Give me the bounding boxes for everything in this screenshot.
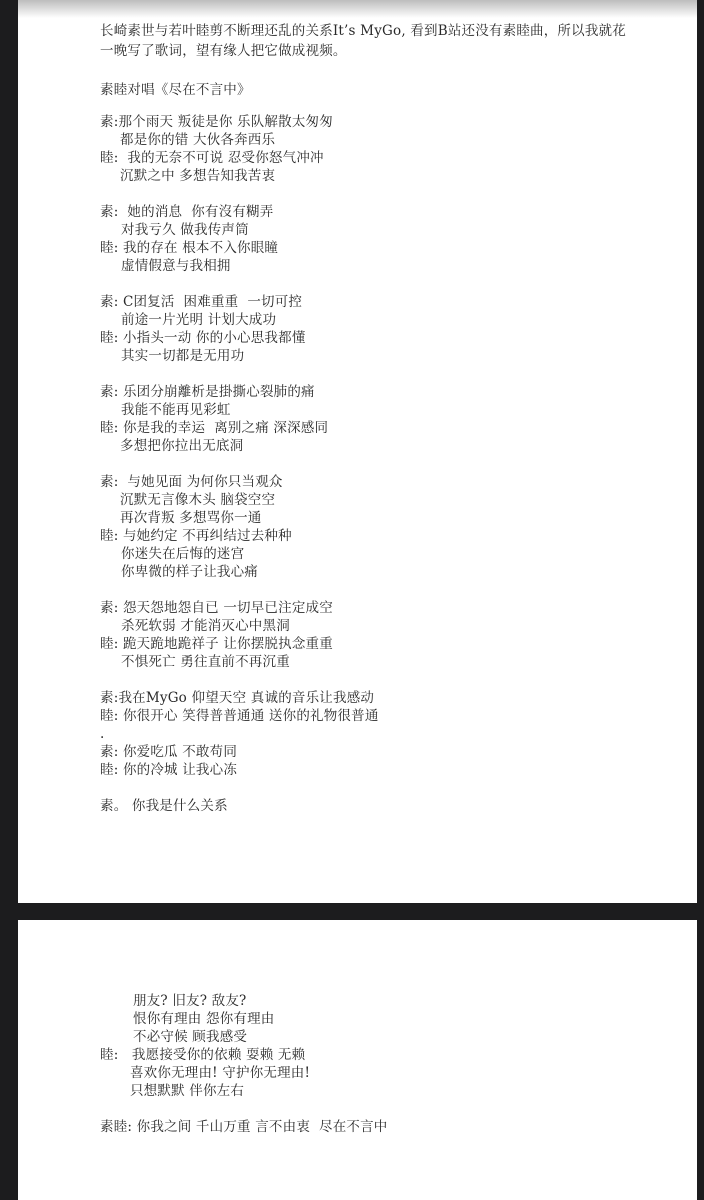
document-page-2: 朋友? 旧友? 敌友?恨你有理由 怨你有理由不必守候 顾我感受睦: 我愿接受你的… (18, 920, 697, 1200)
lyric-line: 睦: 我愿接受你的依赖 耍赖 无赖 (100, 1046, 305, 1064)
lyric-line: 素:我在MyGo 仰望天空 真诚的音乐让我感动 (100, 689, 374, 707)
lyric-line: 你迷失在后悔的迷宫 (121, 545, 244, 563)
lyric-line: 睦: 跪天跪地跪祥子 让你摆脱执念重重 (100, 635, 333, 653)
lyric-line: 朋友? 旧友? 敌友? (133, 992, 247, 1010)
lyric-line: 睦: 你的冷城 让我心冻 (100, 761, 237, 779)
lyric-line: 素: C团复活 困难重重 一切可控 (100, 293, 302, 311)
lyric-line: 你卑微的样子让我心痛 (121, 563, 258, 581)
lyric-line: 其实一切都是无用功 (121, 347, 244, 365)
lyric-line: 素: 怨天怨地怨自已 一切早已注定成空 (100, 599, 333, 617)
lyric-line: 虚情假意与我相拥 (121, 257, 231, 275)
lyric-line: 前途一片光明 计划大成功 (121, 311, 276, 329)
lyric-line: 沉默无言像木头 脑袋空空 (120, 491, 275, 509)
lyric-line: 素: 你爱吃瓜 不敢苟同 (100, 743, 237, 761)
lyric-line: 素:那个雨天 叛徒是你 乐队解散太匆匆 (100, 113, 333, 131)
lyric-line: 素: 她的消息 你有沒有糊弄 (100, 203, 273, 221)
lyric-line: 多想把你拉出无底洞 (120, 437, 243, 455)
lyric-line: 都是你的错 大伙各奔西乐 (120, 131, 275, 149)
lyric-line: 喜欢你无理由! 守护你无理由! (121, 1064, 310, 1082)
document-page-1: 长崎素世与若叶睦剪不断理还乱的关系It’s MyGo, 看到B站还没有素睦曲，所… (18, 0, 697, 903)
song-title: 素睦对唱《尽在不言中》 (100, 81, 251, 99)
lyric-line: 杀死软弱 才能消灭心中黑洞 (121, 617, 290, 635)
lyric-line: 素: 乐团分崩離析是掛撕心裂肺的痛 (100, 383, 315, 401)
lyric-line: . (100, 725, 105, 743)
lyric-line: 睦: 你很开心 笑得普普通通 送你的礼物很普通 (100, 707, 379, 725)
intro-line-2: 一晚写了歌词，望有缘人把它做成视频。 (100, 42, 347, 60)
lyric-line: 素: 与她见面 为何你只当观众 (100, 473, 283, 491)
lyric-line: 素睦: 你我之间 千山万重 言不由衷 尽在不言中 (100, 1118, 388, 1136)
intro-line-1: 长崎素世与若叶睦剪不断理还乱的关系It’s MyGo, 看到B站还没有素睦曲，所… (100, 22, 626, 40)
lyric-line: 睦: 与她约定 不再纠结过去种种 (100, 527, 292, 545)
lyric-line: 对我亏久 做我传声筒 (121, 221, 249, 239)
lyric-line: 睦: 我的无奈不可说 忍受你怒气冲冲 (100, 149, 324, 167)
lyric-line: 恨你有理由 怨你有理由 (133, 1010, 275, 1028)
lyric-line: 不惧死亡 勇往直前不再沉重 (121, 653, 290, 671)
lyric-line: 睦: 小指头一动 你的小心思我都懂 (100, 329, 306, 347)
lyric-line: 睦: 你是我的幸运 离别之痛 深深感同 (100, 419, 328, 437)
lyric-line: 素。 你我是什么关系 (100, 797, 228, 815)
lyric-line: 沉默之中 多想告知我苦衷 (120, 167, 275, 185)
lyric-line: 睦: 我的存在 根本不入你眼瞳 (100, 239, 278, 257)
lyric-line: 只想默默 伴你左右 (121, 1082, 244, 1100)
lyric-line: 不必守候 顾我感受 (133, 1028, 247, 1046)
lyric-line: 再次背叛 多想骂你一通 (120, 509, 262, 527)
lyric-line: 我能不能再见彩虹 (121, 401, 231, 419)
